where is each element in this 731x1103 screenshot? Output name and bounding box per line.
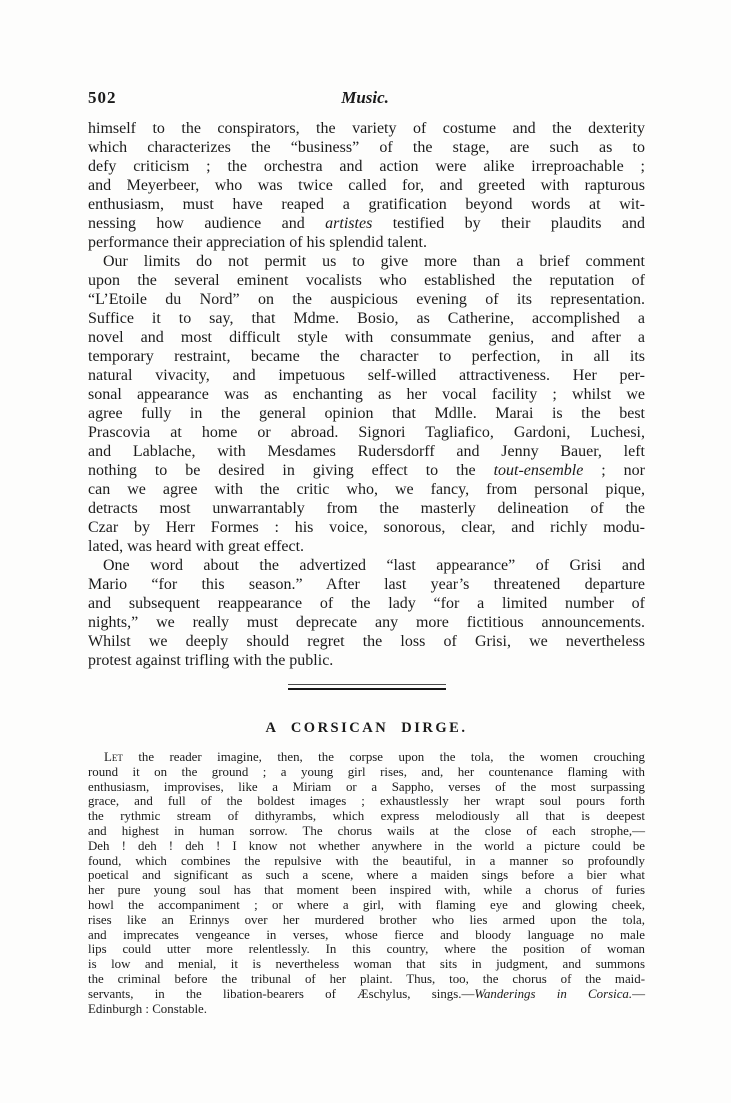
text-line: and Lablache, with Mesdames Rudersdorff … (88, 442, 645, 461)
text-line: Mario “for this season.” After last year… (88, 575, 645, 594)
paragraph: Let the reader imagine, then, the corpse… (88, 750, 645, 1016)
text-line: temporary restraint, became the characte… (88, 347, 645, 366)
text-line: Let the reader imagine, then, the corpse… (88, 750, 645, 765)
text-line: and Meyerbeer, who was twice called for,… (88, 176, 645, 195)
text-line: Suffice it to say, that Mdme. Bosio, as … (88, 309, 645, 328)
text-line: her pure young soul has that moment been… (88, 883, 645, 898)
text-line: himself to the conspirators, the variety… (88, 119, 645, 138)
paragraph: himself to the conspirators, the variety… (88, 119, 645, 252)
text-line: poetical and significant as such a scene… (88, 868, 645, 883)
text-line: upon the several eminent vocalists who e… (88, 271, 645, 290)
text-line: enthusiasm, must have reaped a gratifica… (88, 195, 645, 214)
article-title: A CORSICAN DIRGE. (88, 720, 645, 737)
text-line: servants, in the libation-bearers of Æsc… (88, 987, 645, 1002)
text-line: sonal appearance was as enchanting as he… (88, 385, 645, 404)
text-line: performance their appreciation of his sp… (88, 233, 645, 252)
text-line: detracts most unwarrantably from the mas… (88, 499, 645, 518)
text-line: nights,” we really must deprecate any mo… (88, 613, 645, 632)
section-divider (288, 684, 446, 690)
running-title: Music. (341, 88, 389, 108)
text-line: lated, was heard with great effect. (88, 537, 645, 556)
text-line: the criminal before the tribunal of her … (88, 972, 645, 987)
text-line: novel and most difficult style with cons… (88, 328, 645, 347)
document-page: 502 Music. himself to the conspirators, … (0, 0, 731, 1103)
text-line: and imprecates vengeance in verses, whos… (88, 928, 645, 943)
text-line: which characterizes the “business” of th… (88, 138, 645, 157)
text-line: Our limits do not permit us to give more… (88, 252, 645, 271)
running-header: 502 Music. (88, 88, 645, 110)
article-music: himself to the conspirators, the variety… (88, 119, 645, 670)
text-line: and highest in human sorrow. The chorus … (88, 824, 645, 839)
text-line: agree fully in the general opinion that … (88, 404, 645, 423)
text-line: and subsequent reappearance of the lady … (88, 594, 645, 613)
article-corsican-dirge: A CORSICAN DIRGE. Let the reader imagine… (88, 720, 645, 1016)
text-line: rises like an Erinnys over her murdered … (88, 913, 645, 928)
text-line: One word about the advertized “last appe… (88, 556, 645, 575)
music-article-paragraphs: himself to the conspirators, the variety… (88, 119, 645, 670)
text-line: Czar by Herr Formes : his voice, sonorou… (88, 518, 645, 537)
text-line: the rythmic stream of dithyrambs, which … (88, 809, 645, 824)
text-line: enthusiasm, improvises, like a Miriam or… (88, 780, 645, 795)
text-line: round it on the ground ; a young girl ri… (88, 765, 645, 780)
page-number: 502 (88, 88, 117, 108)
text-line: defy criticism ; the orchestra and actio… (88, 157, 645, 176)
text-line: Edinburgh : Constable. (88, 1002, 645, 1017)
text-line: grace, and full of the boldest images ; … (88, 794, 645, 809)
dirge-article-paragraphs: Let the reader imagine, then, the corpse… (88, 750, 645, 1016)
text-line: is low and menial, it is nevertheless wo… (88, 957, 645, 972)
text-line: can we agree with the critic who, we fan… (88, 480, 645, 499)
text-line: Prascovia at home or abroad. Signori Tag… (88, 423, 645, 442)
text-line: Deh ! deh ! deh ! I know not whether any… (88, 839, 645, 854)
text-line: howl the accompaniment ; or where a girl… (88, 898, 645, 913)
text-line: lips could utter more relentlessly. In t… (88, 942, 645, 957)
text-line: nessing how audience and artistes testif… (88, 214, 645, 233)
paragraph: Our limits do not permit us to give more… (88, 252, 645, 556)
text-line: nothing to be desired in giving effect t… (88, 461, 645, 480)
text-line: “L’Etoile du Nord” on the auspicious eve… (88, 290, 645, 309)
text-line: found, which combines the repulsive with… (88, 854, 645, 869)
text-line: protest against trifling with the public… (88, 651, 645, 670)
text-line: natural vivacity, and impetuous self-wil… (88, 366, 645, 385)
paragraph: One word about the advertized “last appe… (88, 556, 645, 670)
text-line: Whilst we deeply should regret the loss … (88, 632, 645, 651)
